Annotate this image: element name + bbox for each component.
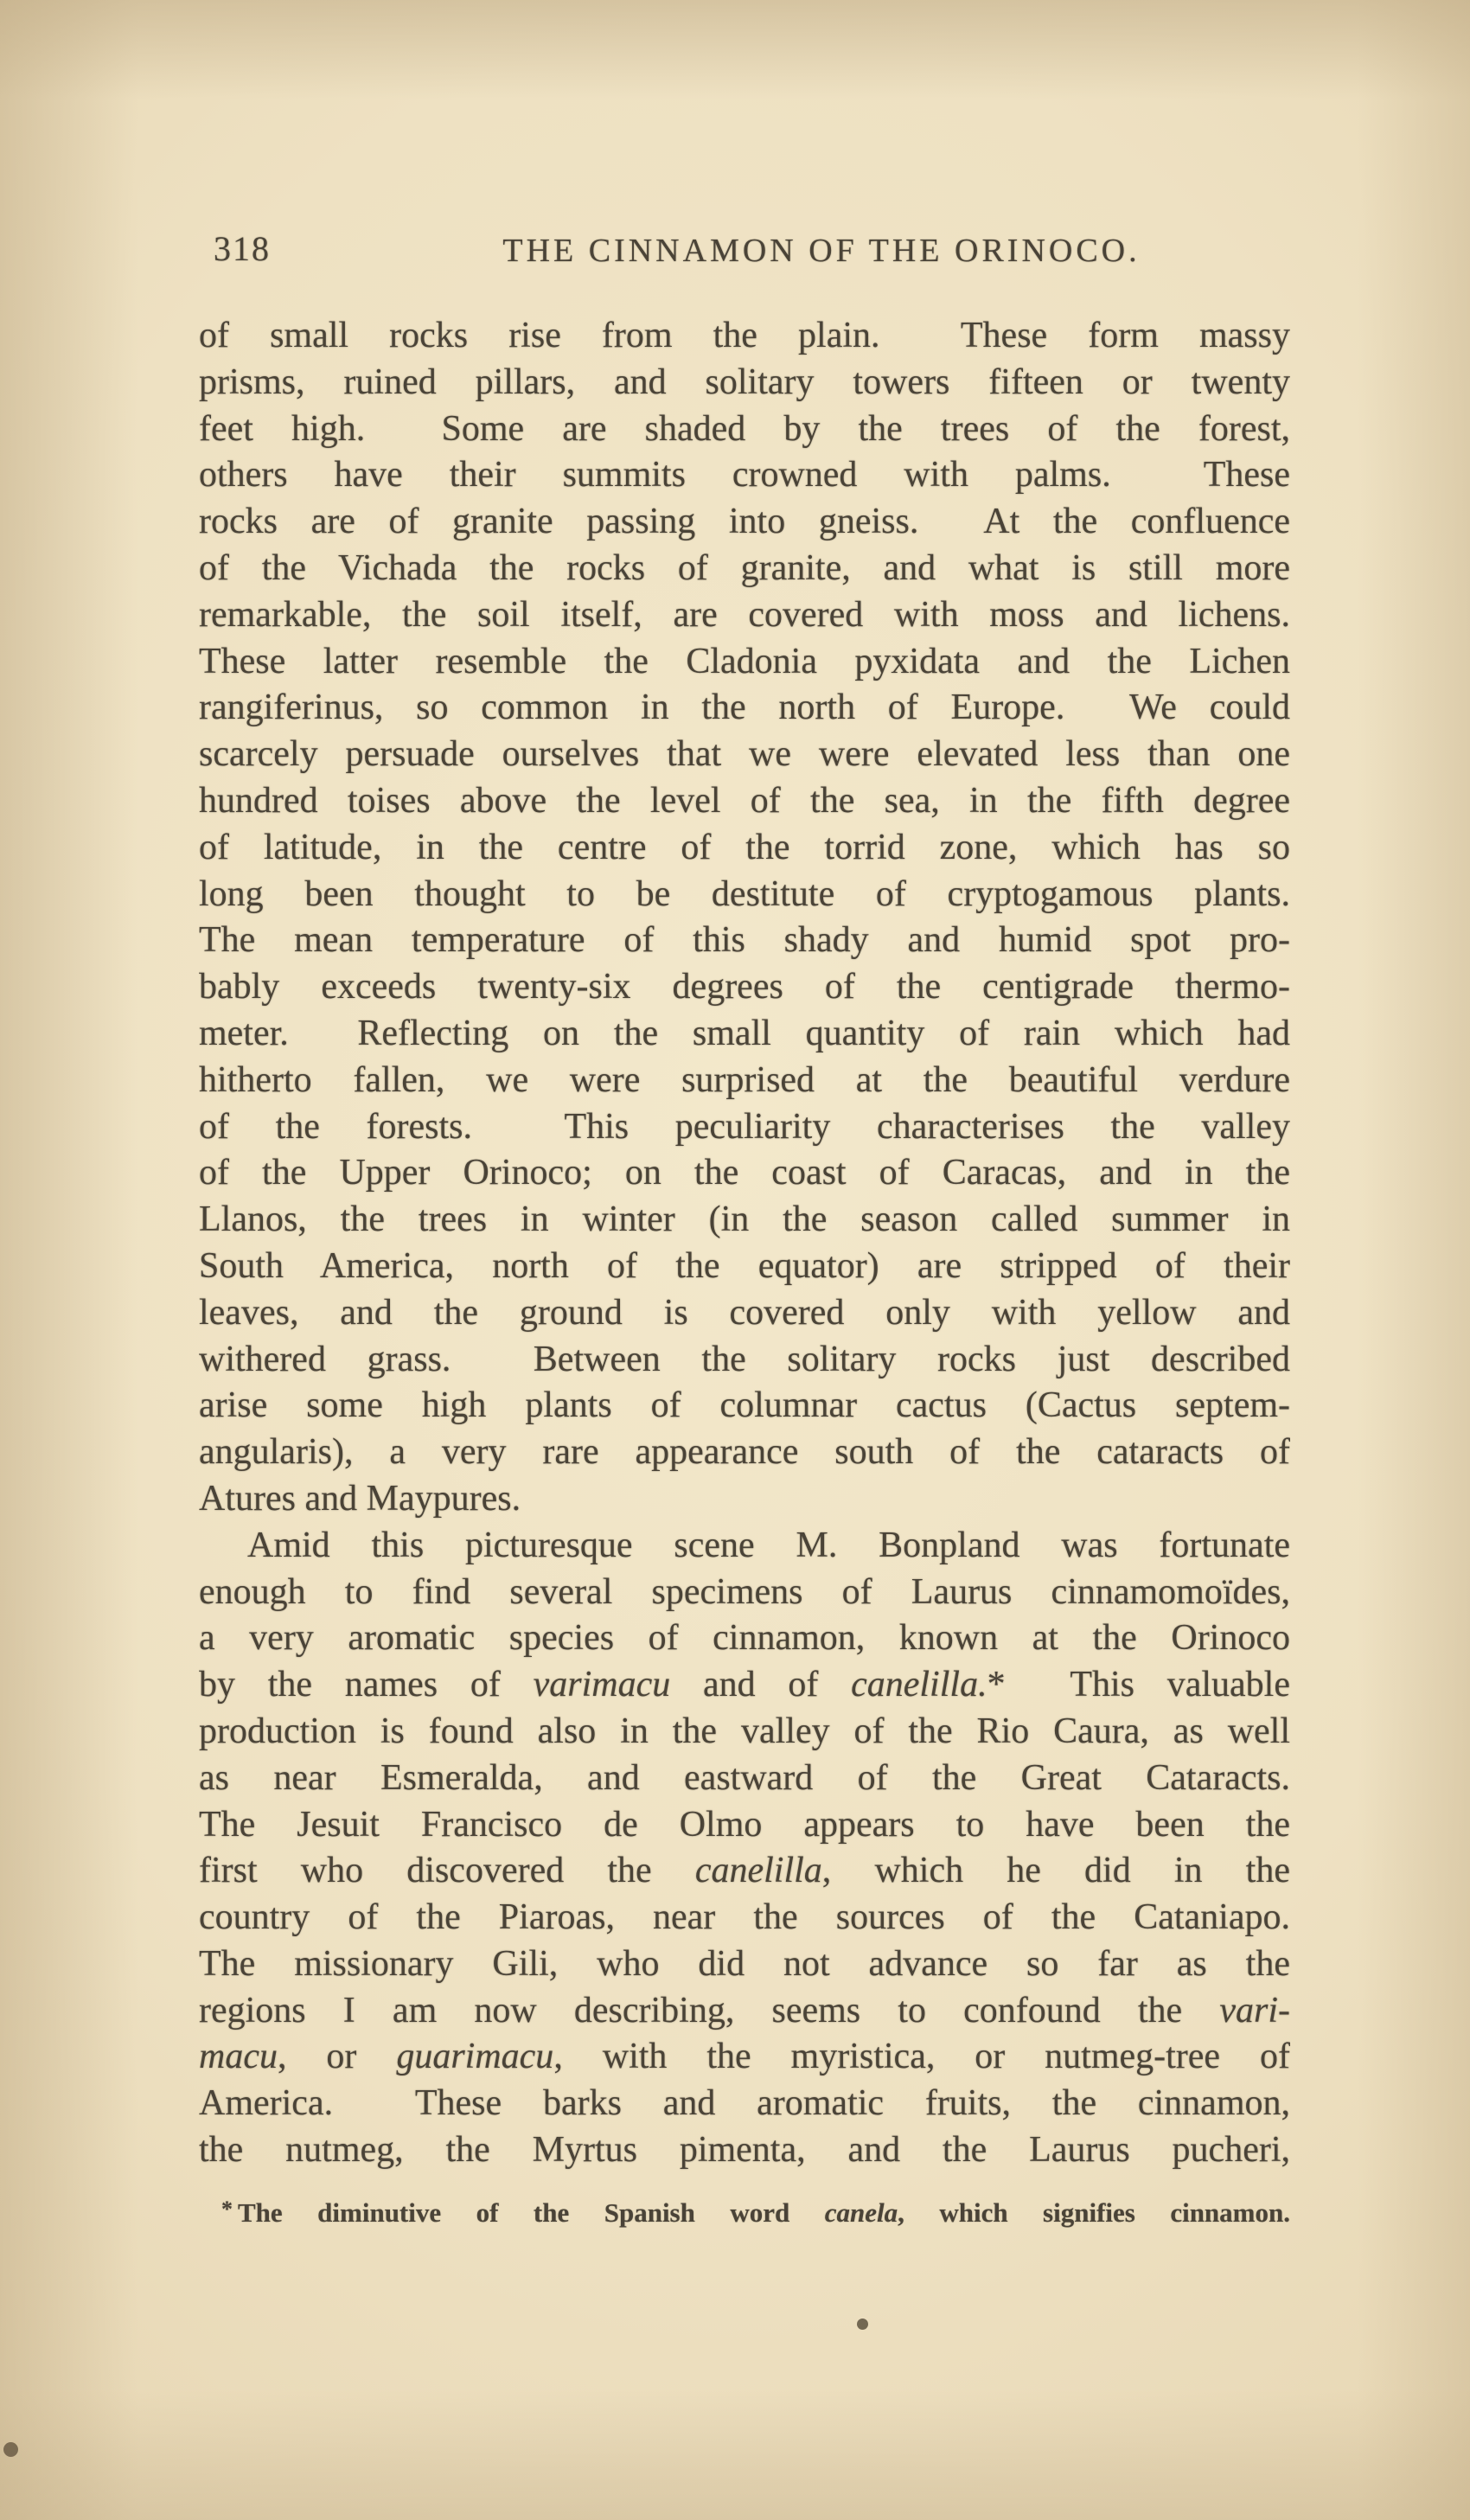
text-line: meter. Reflecting on the small quantity … bbox=[199, 1011, 1290, 1058]
text-segment: leaves, and the ground is covered only w… bbox=[199, 1293, 1290, 1333]
text-line: The Jesuit Francisco de Olmo appears to … bbox=[199, 1802, 1290, 1849]
text-line: first who discovered the canelilla, whic… bbox=[199, 1848, 1290, 1895]
ink-speck bbox=[3, 2442, 18, 2457]
text-segment: rocks are of granite passing into gneiss… bbox=[199, 502, 1290, 541]
text-line: These latter resemble the Cladonia pyxid… bbox=[199, 639, 1290, 686]
text-segment: hundred toises above the level of the se… bbox=[199, 781, 1290, 821]
italic-text-segment: macu bbox=[199, 2037, 278, 2076]
text-segment: withered grass. Between the solitary roc… bbox=[199, 1340, 1290, 1379]
text-line: by the names of varimacu and of canelill… bbox=[199, 1662, 1290, 1709]
text-segment: arise some high plants of columnar cactu… bbox=[199, 1385, 1290, 1425]
text-line: America. These barks and aromatic fruits… bbox=[199, 2081, 1290, 2127]
text-line: bably exceeds twenty-six degrees of the … bbox=[199, 964, 1290, 1011]
text-segment: others have their summits crowned with p… bbox=[199, 455, 1290, 495]
text-segment: and of bbox=[670, 1665, 851, 1705]
text-line: of the forests. This peculiarity charact… bbox=[199, 1104, 1290, 1151]
text-segment: , which he did in the bbox=[822, 1851, 1290, 1890]
text-segment: a very aromatic species of cinnamon, kno… bbox=[199, 1618, 1290, 1658]
text-line: feet high. Some are shaded by the trees … bbox=[199, 406, 1290, 453]
text-segment: The Jesuit Francisco de Olmo appears to … bbox=[199, 1805, 1290, 1845]
page-header: 318 THE CINNAMON OF THE ORINOCO. bbox=[0, 230, 1470, 272]
text-segment: The diminutive of the Spanish word bbox=[238, 2197, 825, 2228]
text-line: enough to find several specimens of Laur… bbox=[199, 1570, 1290, 1616]
book-page: 318 THE CINNAMON OF THE ORINOCO. of smal… bbox=[0, 0, 1470, 2520]
text-segment: , which signifies cinnamon. bbox=[898, 2197, 1290, 2228]
text-line: rocks are of granite passing into gneiss… bbox=[199, 499, 1290, 546]
text-segment: America. These barks and aromatic fruits… bbox=[199, 2083, 1290, 2123]
text-line: a very aromatic species of cinnamon, kno… bbox=[199, 1615, 1290, 1662]
text-segment: scarcely persuade ourselves that we were… bbox=[199, 734, 1290, 774]
text-line: remarkable, the soil itself, are covered… bbox=[199, 592, 1290, 639]
text-segment: * This valuable bbox=[987, 1665, 1290, 1705]
text-line: as near Esmeralda, and eastward of the G… bbox=[199, 1756, 1290, 1802]
text-segment: production is found also in the valley o… bbox=[199, 1711, 1290, 1751]
text-line: angularis), a very rare appearance south… bbox=[199, 1429, 1290, 1476]
text-line: country of the Piaroas, near the sources… bbox=[199, 1895, 1290, 1941]
italic-text-segment: canela bbox=[825, 2197, 898, 2228]
text-segment: bably exceeds twenty-six degrees of the … bbox=[199, 967, 1290, 1007]
text-line: of the Vichada the rocks of granite, and… bbox=[199, 546, 1290, 592]
text-segment: meter. Reflecting on the small quantity … bbox=[199, 1014, 1290, 1053]
text-segment: long been thought to be destitute of cry… bbox=[199, 874, 1290, 914]
text-segment: Atures and Maypures. bbox=[199, 1479, 521, 1519]
text-line: of small rocks rise from the plain. Thes… bbox=[199, 313, 1290, 360]
italic-text-segment: vari- bbox=[1219, 1991, 1290, 2031]
text-segment: The missionary Gili, who did not advance… bbox=[199, 1944, 1290, 1984]
text-line: of latitude, in the centre of the torrid… bbox=[199, 825, 1290, 872]
text-line: long been thought to be destitute of cry… bbox=[199, 872, 1290, 918]
ink-speck bbox=[857, 2319, 868, 2330]
text-line: arise some high plants of columnar cactu… bbox=[199, 1383, 1290, 1429]
text-segment: Llanos, the trees in winter (in the seas… bbox=[199, 1199, 1290, 1239]
text-line: Atures and Maypures. bbox=[199, 1476, 1290, 1523]
text-line: The missionary Gili, who did not advance… bbox=[199, 1941, 1290, 1988]
text-line: the nutmeg, the Myrtus pimenta, and the … bbox=[199, 2127, 1290, 2174]
text-segment: angularis), a very rare appearance south… bbox=[199, 1432, 1290, 1472]
text-segment: feet high. Some are shaded by the trees … bbox=[199, 409, 1290, 449]
text-line: The mean temperature of this shady and h… bbox=[199, 918, 1290, 964]
text-segment: first who discovered the bbox=[199, 1851, 695, 1890]
text-line: regions I am now describing, seems to co… bbox=[199, 1988, 1290, 2035]
text-line: production is found also in the valley o… bbox=[199, 1709, 1290, 1756]
text-segment: These latter resemble the Cladonia pyxid… bbox=[199, 642, 1290, 681]
text-segment: of the forests. This peculiarity charact… bbox=[199, 1107, 1290, 1147]
text-segment: hitherto fallen, we were surprised at th… bbox=[199, 1060, 1290, 1100]
text-segment: by the names of bbox=[199, 1665, 534, 1705]
text-line: South America, north of the equator) are… bbox=[199, 1244, 1290, 1290]
text-line: scarcely persuade ourselves that we were… bbox=[199, 732, 1290, 778]
text-line: hitherto fallen, we were surprised at th… bbox=[199, 1058, 1290, 1104]
page-number: 318 bbox=[214, 230, 271, 268]
text-line: leaves, and the ground is covered only w… bbox=[199, 1290, 1290, 1337]
footnote-asterisk-marker: * bbox=[221, 2197, 238, 2222]
text-line: others have their summits crowned with p… bbox=[199, 452, 1290, 499]
text-segment: country of the Piaroas, near the sources… bbox=[199, 1897, 1290, 1937]
footnote-text-container: The diminutive of the Spanish word canel… bbox=[238, 2197, 1290, 2228]
text-line: prisms, ruined pillars, and solitary tow… bbox=[199, 360, 1290, 406]
italic-text-segment: varimacu bbox=[534, 1665, 671, 1705]
text-segment: of latitude, in the centre of the torrid… bbox=[199, 828, 1290, 867]
text-line: macu, or guarimacu, with the myristica, … bbox=[199, 2034, 1290, 2081]
text-segment: regions I am now describing, seems to co… bbox=[199, 1991, 1219, 2031]
italic-text-segment: canelilla bbox=[695, 1851, 822, 1890]
text-segment: prisms, ruined pillars, and solitary tow… bbox=[199, 362, 1290, 402]
text-segment: South America, north of the equator) are… bbox=[199, 1246, 1290, 1286]
text-segment: of the Upper Orinoco; on the coast of Ca… bbox=[199, 1153, 1290, 1193]
italic-text-segment: canelilla. bbox=[851, 1665, 987, 1705]
text-line: withered grass. Between the solitary roc… bbox=[199, 1337, 1290, 1384]
text-segment: Amid this picturesque scene M. Bonpland … bbox=[247, 1525, 1290, 1565]
text-segment: rangiferinus, so common in the north of … bbox=[199, 688, 1290, 727]
text-line: Llanos, the trees in winter (in the seas… bbox=[199, 1197, 1290, 1244]
text-segment: enough to find several specimens of Laur… bbox=[199, 1572, 1290, 1612]
text-segment: The mean temperature of this shady and h… bbox=[199, 920, 1290, 960]
text-segment: of small rocks rise from the plain. Thes… bbox=[199, 316, 1290, 355]
text-line: rangiferinus, so common in the north of … bbox=[199, 685, 1290, 732]
text-segment: remarkable, the soil itself, are covered… bbox=[199, 595, 1290, 635]
text-segment: , with the myristica, or nutmeg-tree of bbox=[553, 2037, 1290, 2076]
text-line: hundred toises above the level of the se… bbox=[199, 778, 1290, 825]
text-line: Amid this picturesque scene M. Bonpland … bbox=[199, 1523, 1290, 1570]
text-segment: as near Esmeralda, and eastward of the G… bbox=[199, 1758, 1290, 1798]
text-segment: of the Vichada the rocks of granite, and… bbox=[199, 548, 1290, 588]
text-segment: , or bbox=[278, 2037, 396, 2076]
footnote: *The diminutive of the Spanish word cane… bbox=[199, 2191, 1290, 2231]
text-line: of the Upper Orinoco; on the coast of Ca… bbox=[199, 1150, 1290, 1197]
running-title: THE CINNAMON OF THE ORINOCO. bbox=[502, 232, 1140, 270]
italic-text-segment: guarimacu bbox=[396, 2037, 553, 2076]
page-body: of small rocks rise from the plain. Thes… bbox=[199, 313, 1290, 2174]
text-segment: the nutmeg, the Myrtus pimenta, and the … bbox=[199, 2130, 1290, 2170]
